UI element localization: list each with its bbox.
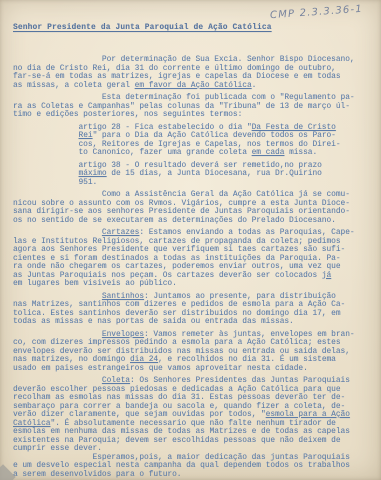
typewritten-line: todas as missas e nas portas de saida ou… (13, 318, 375, 327)
typewritten-line: las e Institutos Religiosos, cartazes de… (13, 238, 375, 247)
typewritten-line: Envelopes: Vamos remeter às juntas, enve… (13, 331, 375, 340)
typewritten-line: 951. (13, 179, 375, 188)
typewritten-line: ra as Coletas e Campanhas" pelas colunas… (13, 103, 375, 112)
typewritten-line: nas matrizes, no domingo dia 24, e recol… (13, 356, 375, 365)
typewritten-line: artigo 28 - Fica estabelecido o dia "Da … (13, 124, 375, 133)
typewritten-line: usado em paises estrangeiros que vamos a… (13, 365, 375, 374)
typewritten-line: Por determinação de Sua Excia. Senhor Bi… (13, 56, 375, 65)
paragraph-assistencia: Como a Assistência Geral da Ação Católic… (13, 191, 375, 225)
typewritten-line: far-se-á em todas as matrizes, igrejas e… (13, 73, 375, 82)
typewritten-line: a serem desenvolvidos para o futuro. (13, 471, 375, 480)
typewritten-line: sembaraço para correr a bandeja ou sacol… (13, 403, 375, 412)
paragraph-santinhos: Santinhos: Juntamos ao presente, para di… (13, 293, 375, 327)
salutation: Senhor Presidente da Junta Paroquial de … (13, 24, 272, 32)
typewritten-line: timo e edições posteriores, nos seguinte… (13, 111, 375, 120)
paragraph-artigo-38: artigo 38 - O resultado deverá ser remet… (13, 162, 375, 188)
typewritten-line: as missas, a coleta geral em favor da Aç… (13, 82, 375, 91)
typewritten-line: Cartazes: Estamos enviando a todas as Pa… (13, 229, 375, 238)
typewritten-line: Católica". É absolutamente necessario qu… (13, 420, 375, 429)
paragraph-closing: Esperamos,pois, a maior dedicação das ju… (13, 454, 375, 480)
typewritten-line: verão dizer claramente, que sejam ouvida… (13, 411, 375, 420)
typewritten-line: as Juntas Paroquiais nos peçam. Os carta… (13, 272, 375, 281)
typewritten-line: no dia de Cristo Rei, dia 31 do corrente… (13, 65, 375, 74)
paragraph-regulamento: Esta determinação foi publicada com o "R… (13, 94, 375, 120)
typewritten-line: envelopes deverão ser distribuidos nas m… (13, 348, 375, 357)
archival-reference: CMP 2.3.3.36-1 (270, 4, 363, 21)
typewritten-line: existentes na Paroquia; devem ser escolh… (13, 437, 375, 446)
typewritten-line: e um desvelo especial nesta campanha da … (13, 462, 375, 471)
typewritten-line: esmolas em nenhuma das missas de todas a… (13, 428, 375, 437)
typewritten-line: tolica. Estes santinhos deverão ser dist… (13, 310, 375, 319)
typewritten-line: nas Matrizes, santinhos com dizeres e pe… (13, 301, 375, 310)
typewritten-line: agora aos Senhores Presidente que verifi… (13, 246, 375, 255)
letter-body: Por determinação de Sua Excia. Senhor Bi… (13, 56, 375, 479)
typewritten-line: cientes e si foram destinados a todas as… (13, 255, 375, 264)
paragraph-artigo-28: artigo 28 - Fica estabelecido o dia "Da … (13, 124, 375, 158)
paragraph-envelopes: Envelopes: Vamos remeter às juntas, enve… (13, 331, 375, 374)
typewritten-line: máximo de 15 dias, a Junta Diocesana, ru… (13, 170, 375, 179)
typewritten-line: Como a Assistência Geral da Ação Católic… (13, 191, 375, 200)
typewritten-line: sana dirigir-se aos senhores Presidente … (13, 208, 375, 217)
typewritten-line: nicou sobre o assunto com os Rvmos. Vigá… (13, 200, 375, 209)
typewritten-line: Santinhos: Juntamos ao presente, para di… (13, 293, 375, 302)
typewritten-line: co, com dizeres impressos pedindo a esmo… (13, 339, 375, 348)
typewritten-line: recolham as esmolas nas missas do dia 31… (13, 394, 375, 403)
typewritten-line: Esperamos,pois, a maior dedicação das ju… (13, 454, 375, 463)
typewritten-line: ra onde não chegarem os cartazes, podere… (13, 263, 375, 272)
typewritten-line: em lugares bem visiveis ao público. (13, 280, 375, 289)
typewritten-line: Esta determinação foi publicada com o "R… (13, 94, 375, 103)
typewritten-line: Coleta: Os Senhores Presidentes das Junt… (13, 377, 375, 386)
paragraph-opening: Por determinação de Sua Excia. Senhor Bi… (13, 56, 375, 90)
typewritten-line: cumprir esse dever. (13, 445, 375, 454)
typewritten-line: artigo 38 - O resultado deverá ser remet… (13, 162, 375, 171)
typewritten-line: os no sentido de se executarem as determ… (13, 217, 375, 226)
paragraph-cartazes: Cartazes: Estamos enviando a todas as Pa… (13, 229, 375, 289)
typewritten-line: to Canonico, fazer uma grande coleta em … (13, 149, 375, 158)
typewritten-line: Rei" para o Dia da Ação Católica devendo… (13, 132, 375, 141)
paragraph-coleta: Coleta: Os Senhores Presidentes das Junt… (13, 377, 375, 454)
typewritten-line: cos, Reitores de Igrejas e Capelas, nos … (13, 141, 375, 150)
document-page: CMP 2.3.3.36-1 Senhor Presidente da Junt… (0, 0, 381, 480)
typewritten-line: deverão escolher pessoas piedosas e dedi… (13, 386, 375, 395)
